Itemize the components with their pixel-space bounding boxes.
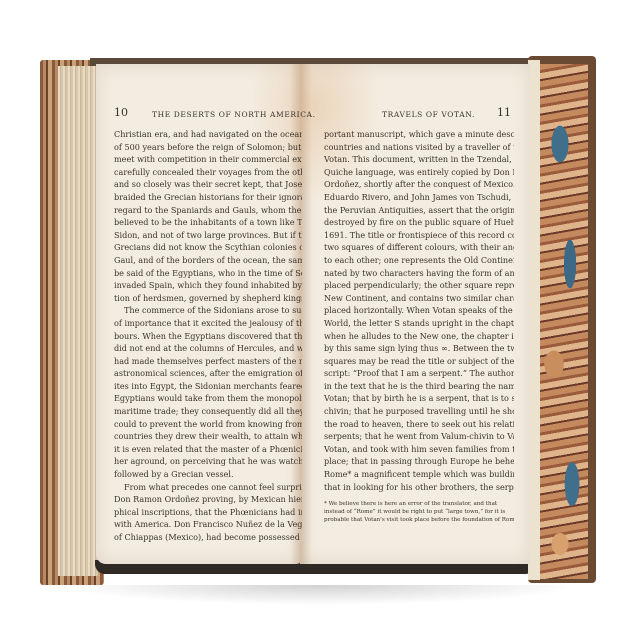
text-line: the road to heaven, there to seek out hi… [324,418,514,431]
text-line: From what precedes one cannot feel surpr… [114,481,302,494]
text-line: New Continent, and contains two similar … [324,292,514,305]
text-line: in the text that he is the third bearing… [324,380,514,393]
text-line: Votan; that by birth he is a serpent, th… [324,392,514,405]
text-line: by this same sign lying thus ∞. Between … [324,342,514,355]
text-line: two squares of different colours, with t… [324,241,514,254]
footnote-line: probable that Votan's visit took place b… [324,516,514,524]
text-line: followed by a Grecian vessel. [114,468,302,481]
text-line: countries they drew their wealth, to att… [114,430,302,443]
text-line: of importance that it excited the jealou… [114,317,302,330]
text-line: believed to be the inhabitants of a town… [114,216,302,229]
text-line: meet with competition in their commercia… [114,153,302,166]
text-line: portant manuscript, which gave a minute … [324,128,514,141]
text-line: World, the letter S stands upright in th… [324,317,514,330]
left-page-block [58,66,98,576]
text-line: Gaul, and of the borders of the ocean, t… [114,254,302,267]
text-line: squares may be read the title or subject… [324,355,514,368]
right-page-number: 11 [497,106,511,119]
text-line: could to prevent the world from knowing … [114,418,302,431]
text-line: braided the Grecian historians for their… [114,191,302,204]
text-line: placed perpendicularly; the other square… [324,279,514,292]
text-line: invaded Spain, which they found inhabite… [114,279,302,292]
text-line: serpents; that he went from Valum-chivin… [324,430,514,443]
text-line: placed horizontally. When Votan speaks o… [324,304,514,317]
text-line: Votan, and took with him seven families … [324,443,514,456]
text-line: Eduardo Rivero, and John James von Tschu… [324,191,514,204]
marbled-fore-edge [540,64,588,579]
right-page-body: portant manuscript, which gave a minute … [324,128,514,493]
text-line: phical inscriptions, that the Phœnicians… [114,506,302,519]
text-line: and so closely was their secret kept, th… [114,178,302,191]
text-line: had made themselves perfect masters of t… [114,355,302,368]
text-line: ites into Egypt, the Sidonian merchants … [114,380,302,393]
text-line: of Chiappas (Mexico), had become possess… [114,531,302,544]
text-line: tion of herdsmen, governed by shepherd k… [114,292,302,305]
text-line: did not end at the columns of Hercules, … [114,342,302,355]
text-line: be said of the Egyptians, who in the tim… [114,267,302,280]
footnote-line: * We believe there is here an error of t… [324,500,514,508]
text-line: when he alludes to the New one, the chap… [324,330,514,343]
text-line: her aground, on perceiving that he was w… [114,455,302,468]
text-line: script: “Proof that I am a serpent.” The… [324,367,514,380]
text-line: The commerce of the Sidonians arose to s… [114,304,302,317]
footnote-line: instead of “Rome” it would be right to p… [324,508,514,516]
left-cover-edge [40,60,104,585]
left-page-body: Christian era, and had navigated on the … [114,128,302,544]
text-line: bours. When the Egyptians discovered tha… [114,330,302,343]
text-line: the Peruvian Antiquities, assert that th… [324,204,514,217]
text-line: place; that in passing through Europe he… [324,455,514,468]
text-line: regard to the Spaniards and Gauls, whom … [114,204,302,217]
right-page-footnote: * We believe there is here an error of t… [324,500,514,524]
text-line: with America. Don Francisco Nuñez de la … [114,518,302,531]
left-page-number: 10 [114,106,128,119]
text-line: Don Ramon Ordoñez proving, by Mexican hi… [114,493,302,506]
text-line: Christian era, and had navigated on the … [114,128,302,141]
text-line: maritime trade; they consequently did al… [114,405,302,418]
table-shadow [60,585,580,605]
text-line: carefully concealed their voyages from t… [114,166,302,179]
text-line: it is even related that the master of a … [114,443,302,456]
text-line: Rome* a magnificent temple which was bui… [324,468,514,481]
text-line: of 500 years before the reign of Solomon… [114,141,302,154]
text-line: Egyptians would take from them the monop… [114,392,302,405]
open-book-photo: 10 THE DESERTS OF NORTH AMERICA. TRAVELS… [0,0,635,635]
text-line: countries and nations visited by a trave… [324,141,514,154]
text-line: chivin; that he purposed travelling unti… [324,405,514,418]
left-running-head: THE DESERTS OF NORTH AMERICA. [152,110,316,119]
text-line: Ordoñez, shortly after the conquest of M… [324,178,514,191]
text-line: to each other; one represents the Old Co… [324,254,514,267]
text-line: astronomical sciences, after the emigrat… [114,367,302,380]
text-line: 1691. The title or frontispiece of this … [324,229,514,242]
text-line: nated by two characters having the form … [324,267,514,280]
right-running-head: TRAVELS OF VOTAN. [382,110,475,119]
text-line: Sidon, and not of two large provinces. B… [114,229,302,242]
text-line: that in looking for his other brothers, … [324,481,514,494]
text-line: Grecians did not know the Scythian colon… [114,241,302,254]
text-line: Quiche language, was entirely copied by … [324,166,514,179]
text-line: Votan. This document, written in the Tze… [324,153,514,166]
text-line: destroyed by fire on the public square o… [324,216,514,229]
